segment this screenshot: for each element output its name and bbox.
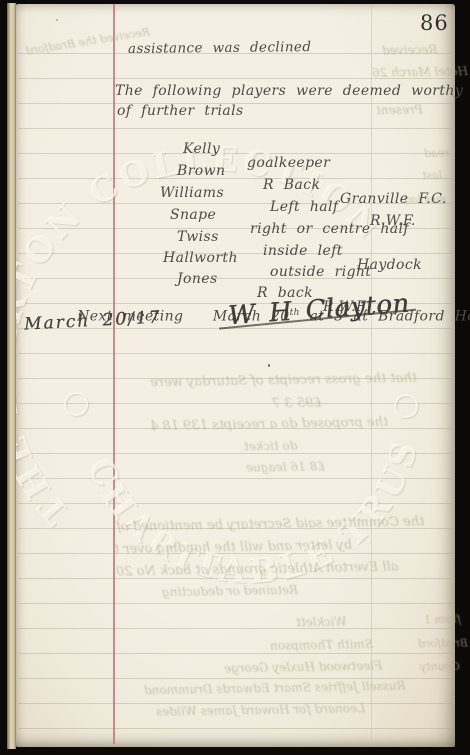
book-binding-edge [7,3,16,749]
bleedthrough-line: Present [376,104,423,117]
minutes-intro-line-2: of further trials [117,104,244,118]
player-name: Jones [177,272,218,286]
bleedthrough-line: Received [382,44,438,57]
ledger-page: THE EVERTON COLLECTION CHARITABLE TRUST … [16,4,455,747]
bleedthrough-line: County [420,661,460,673]
bleedthrough-line: Smith Thompson [270,638,373,652]
bleedthrough-line: by letter and will the handing over t [114,539,352,556]
bleedthrough-line: £8 16 league [246,460,325,473]
bleedthrough-line: from 1 [424,614,461,626]
bleedthrough-line: Leonard for Howard James Wildes [156,702,365,718]
ink-speck [56,19,58,21]
bleedthrough-line: £95 3 7 [272,397,322,411]
minutes-opening-line: assistance was declined [128,41,311,56]
bleedthrough-line: Wicklett [296,616,347,629]
minutes-intro-line-1: The following players were deemed worthy [115,84,463,98]
bleedthrough-line: Fleetwood Huxley George [224,660,383,675]
page-number: 86 [420,11,449,35]
ink-speck [268,364,270,367]
bleedthrough-line: Retained or deducting [162,584,298,598]
bleedthrough-line: do ticket [244,440,297,453]
scanned-minute-book-page: THE EVERTON COLLECTION CHARITABLE TRUST … [0,0,470,755]
watermark-dot-left [65,393,87,415]
bleedthrough-line: Hotel March 26 [372,65,468,79]
bleedthrough-line: Bradford [418,638,468,650]
watermark-dot-right [395,395,417,417]
bleedthrough-line: the proposed do a receipts 139 18 4 [150,416,388,433]
